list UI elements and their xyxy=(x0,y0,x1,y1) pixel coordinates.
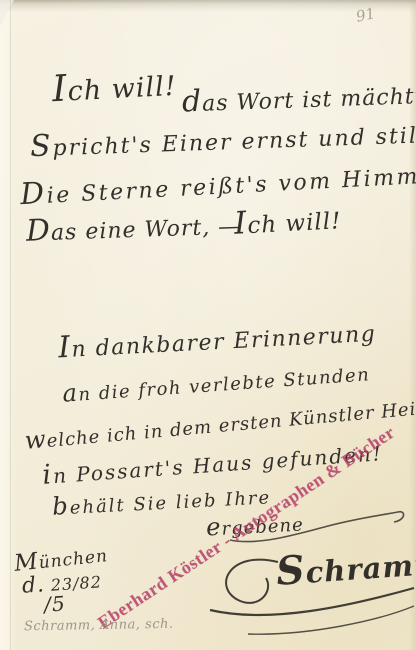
manuscript-scan: 91 Ich will! das Wort ist mächtig Sprich… xyxy=(0,0,416,650)
dedication-line-1: In dankbarer Erinnerung xyxy=(57,314,377,366)
paper-crease xyxy=(10,0,11,650)
poem-line2: Spricht's Einer ernst und still, xyxy=(30,115,416,164)
dateline-month: /5 xyxy=(43,591,66,616)
pencil-annotation: Schramm, Anna, sch. xyxy=(24,617,174,635)
poem-line4-right: Ich will! xyxy=(233,200,342,242)
poem-line1-opening: Ich will! xyxy=(51,61,177,110)
poem-line3: Die Sterne reißt's vom Himmel xyxy=(19,155,416,212)
poem-line1-rest: das Wort ist mächtig xyxy=(181,76,416,120)
poem-line4-left: Das eine Wort, — xyxy=(25,206,241,248)
page-number: 91 xyxy=(354,4,376,26)
signature-flourish xyxy=(200,548,416,640)
paper-corner-tear xyxy=(0,0,14,26)
